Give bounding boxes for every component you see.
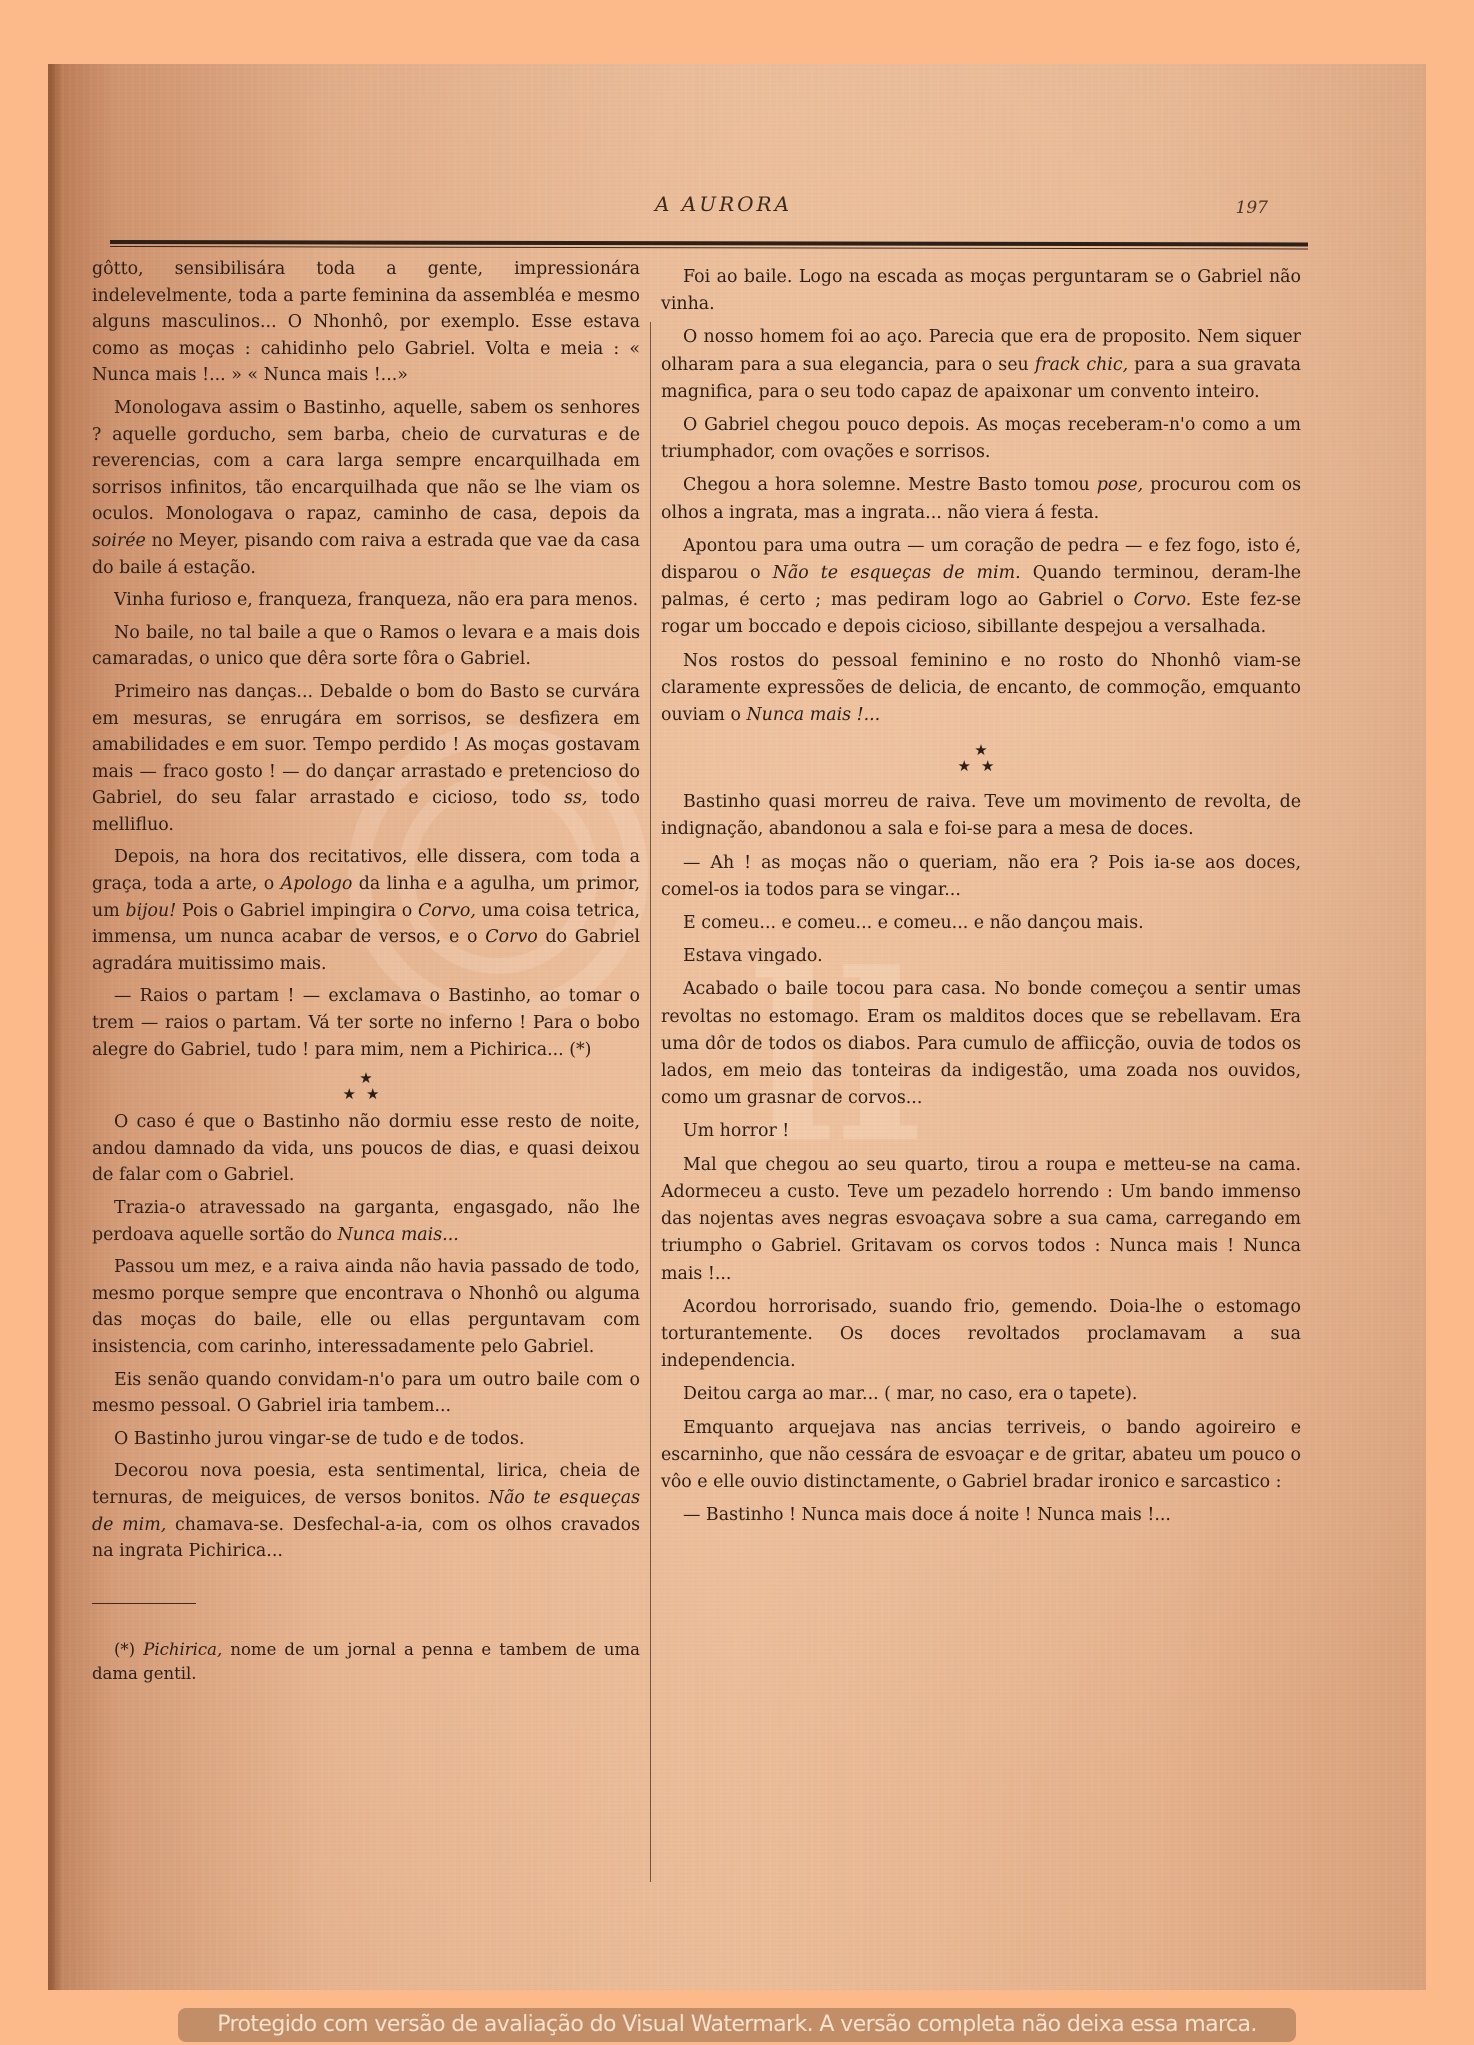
paragraph: Primeiro nas danças... Debalde o bom do … [92,679,640,839]
paragraph: Acabado o baile tocou para casa. No bond… [661,976,1301,1112]
paragraph: Estava vingado. [661,943,1301,970]
paragraph: Passou um mez, e a raiva ainda não havia… [92,1254,640,1360]
watermark-banner: Protegido com versão de avaliação do Vis… [178,2008,1296,2042]
footnote-rule [92,1603,196,1604]
journal-title: A AURORA [655,192,792,216]
paragraph: Foi ao baile. Logo na escada as moças pe… [661,264,1301,318]
page-number: 197 [1236,198,1268,218]
star-icon: ★ [981,757,1004,775]
star-icon: ★ [343,1085,366,1103]
paragraph: Acordou horrorisado, suando frio, gemend… [661,1294,1301,1376]
paragraph: Mal que chegou ao seu quarto, tirou a ro… [661,1152,1301,1288]
column-divider [650,322,651,1882]
paragraph: O Gabriel chegou pouco depois. As moças … [661,412,1301,466]
paragraph: Eis senão quando convidam-n'o para um ou… [92,1367,640,1420]
paragraph: — Raios o partam ! — exclamava o Bastinh… [92,983,640,1063]
section-break-asterism: ★ ★★ [661,743,1301,775]
paragraph: Apontou para uma outra — um coração de p… [661,533,1301,642]
paragraph: O nosso homem foi ao aço. Parecia que er… [661,324,1301,406]
paragraph: Deitou carga ao mar... ( mar, no caso, e… [661,1381,1301,1408]
paragraph: Chegou a hora solemne. Mestre Basto tomo… [661,472,1301,526]
paragraph: gôtto, sensibilisára toda a gente, impre… [92,256,640,389]
right-column: Foi ao baile. Logo na escada as moças pe… [661,264,1301,1535]
paragraph: O Bastinho jurou vingar-se de tudo e de … [92,1426,640,1453]
paragraph: Emquanto arquejava nas ancias terriveis,… [661,1415,1301,1497]
star-icon: ★ [958,757,981,775]
paragraph: — Bastinho ! Nunca mais doce á noite ! N… [661,1502,1301,1529]
star-icon: ★ [366,1085,389,1103]
paragraph: O caso é que o Bastinho não dormiu esse … [92,1109,640,1189]
left-column: gôtto, sensibilisára toda a gente, impre… [92,256,640,1686]
paragraph: Bastinho quasi morreu de raiva. Teve um … [661,789,1301,843]
paragraph: Um horror ! [661,1118,1301,1145]
paragraph: — Ah ! as moças não o queriam, não era ?… [661,850,1301,904]
paragraph: Nos rostos do pessoal feminino e no rost… [661,648,1301,730]
paragraph: Depois, na hora dos recitativos, elle di… [92,844,640,977]
footnote: (*) Pichirica, nome de um jornal a penna… [92,1638,640,1686]
paragraph: No baile, no tal baile a que o Ramos o l… [92,620,640,673]
paragraph: Monologava assim o Bastinho, aquelle, sa… [92,395,640,581]
paragraph: Decorou nova poesia, esta sentimental, l… [92,1458,640,1564]
paragraph: Vinha furioso e, franqueza, franqueza, n… [92,587,640,614]
page-header: A AURORA 197 [110,186,1310,226]
paragraph: E comeu... e comeu... e comeu... e não d… [661,910,1301,937]
section-break-asterism: ★ ★★ [92,1071,640,1103]
paragraph: Trazia-o atravessado na garganta, engasg… [92,1195,640,1248]
